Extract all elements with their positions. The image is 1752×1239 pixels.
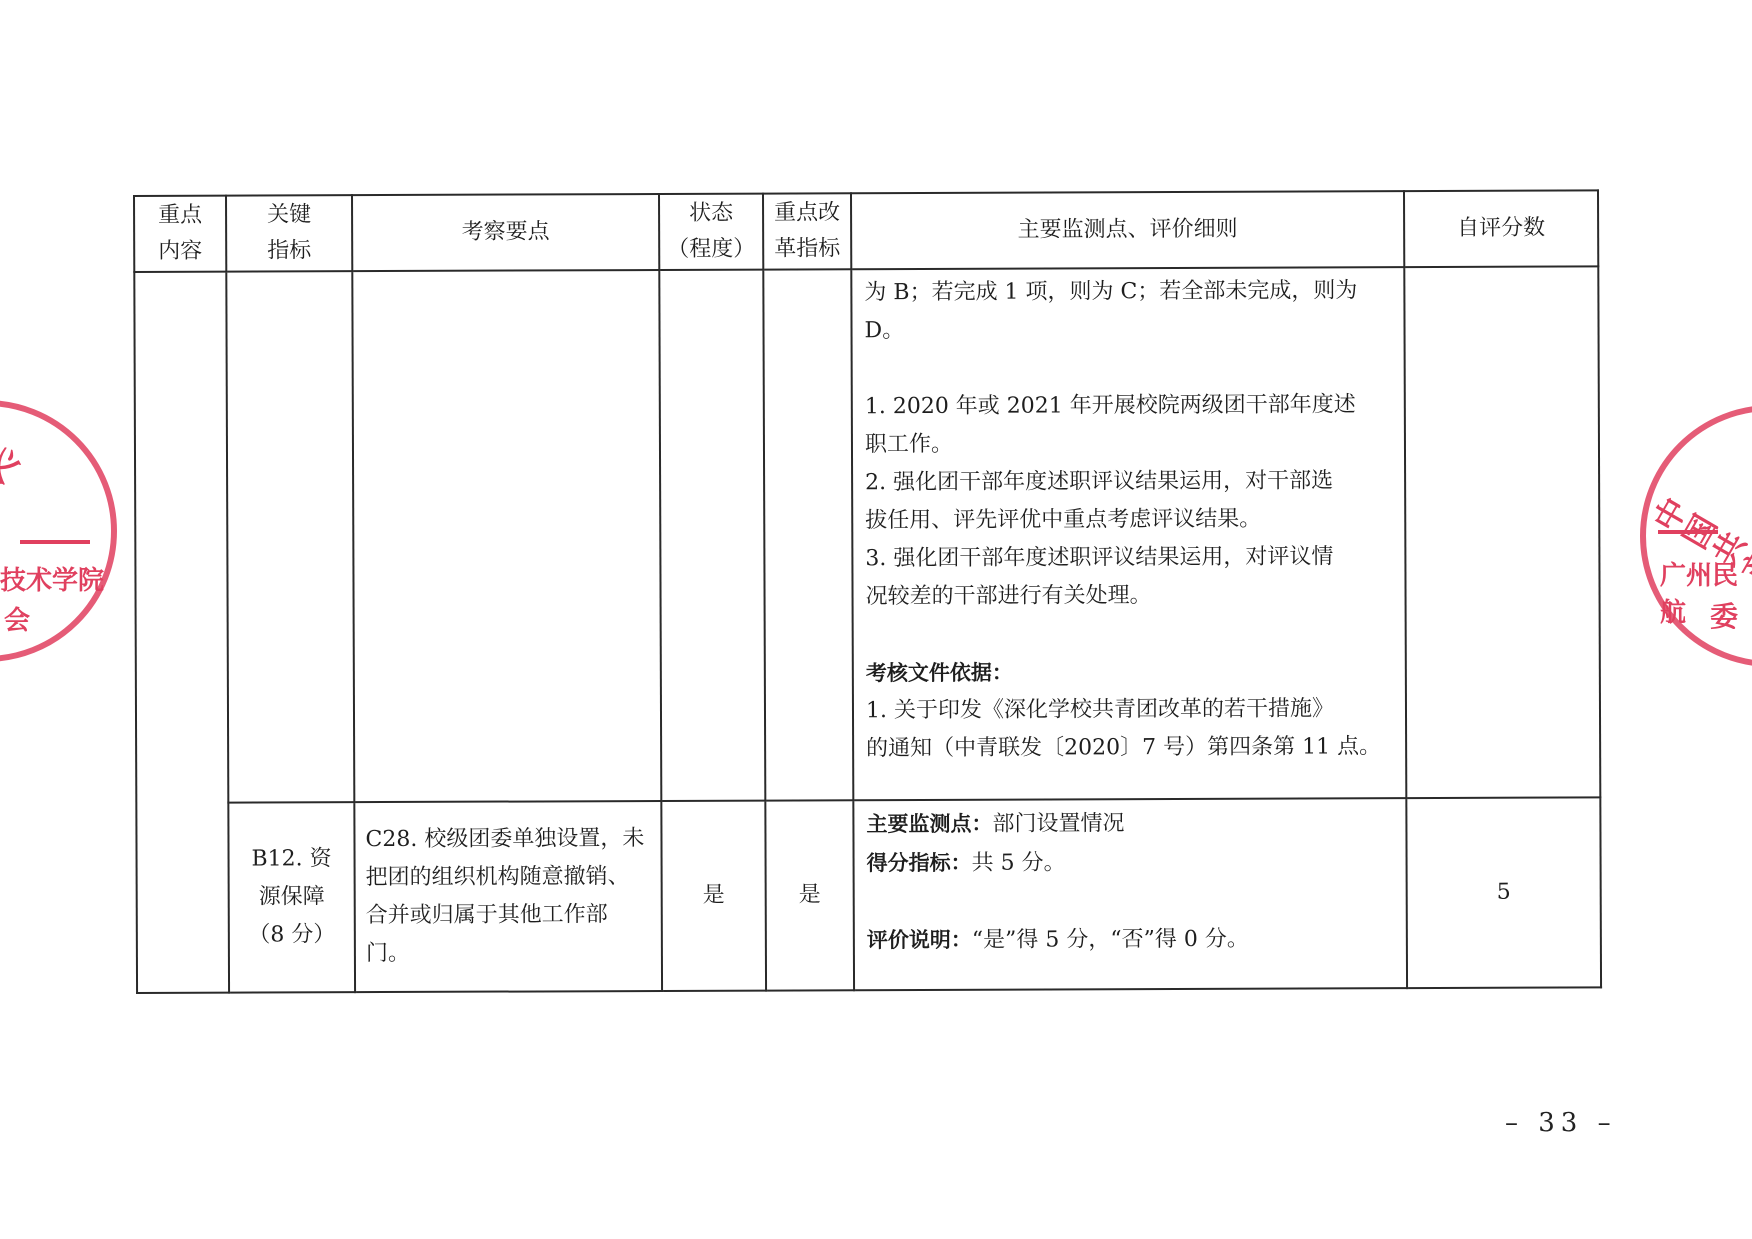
- basis-label: 考核文件依据：: [866, 652, 1395, 692]
- indicator-text: B12. 资: [229, 840, 353, 878]
- monitor-value: 部门设置情况: [992, 811, 1124, 837]
- cell-key-indicator: [226, 271, 354, 802]
- cell-self-score: [1404, 266, 1600, 798]
- header-text: 状态: [660, 196, 762, 232]
- score-value: 共 5 分。: [972, 850, 1066, 875]
- criteria-item: 1. 2020 年或 2021 年开展校院两级团干部年度述: [865, 386, 1394, 426]
- basis-item: 1. 关于印发《深化学校共青团改革的若干措施》: [866, 690, 1395, 730]
- header-text: 重点改: [764, 195, 850, 231]
- monitor-point: 主要监测点：部门设置情况: [866, 803, 1395, 844]
- explanation: 评价说明：“是”得 5 分，“否”得 0 分。: [867, 919, 1396, 960]
- criteria-item: 2. 强化团干部年度述职评议结果运用，对干部选: [865, 462, 1394, 502]
- explain-value: “是”得 5 分，“否”得 0 分。: [972, 927, 1249, 953]
- criteria-line: 为 B；若完成 1 项，则为 C；若全部未完成，则为: [864, 272, 1393, 312]
- table-row: 为 B；若完成 1 项，则为 C；若全部未完成，则为 D。 1. 2020 年或…: [134, 266, 1600, 803]
- header-key-content: 重点 内容: [134, 196, 226, 272]
- score-indicator: 得分指标：共 5 分。: [866, 842, 1395, 883]
- criteria-line: D。: [864, 310, 1393, 350]
- header-text: 革指标: [764, 231, 850, 267]
- page-number: – 33 –: [1505, 1108, 1617, 1138]
- header-key-indicator: 关键 指标: [226, 195, 352, 271]
- seal-divider-left: [20, 540, 90, 544]
- cell-status: [659, 270, 765, 801]
- header-inspection-point: 考察要点: [352, 194, 659, 271]
- cell-status: 是: [661, 801, 766, 991]
- table-header-row: 重点 内容 关键 指标 考察要点 状态 （程度） 重点改 革指标 主要监测点、评…: [134, 190, 1598, 272]
- score-label: 得分指标：: [867, 851, 972, 875]
- header-criteria: 主要监测点、评价细则: [851, 191, 1404, 269]
- header-text: 指标: [227, 233, 351, 269]
- cell-criteria: 为 B；若完成 1 项，则为 C；若全部未完成，则为 D。 1. 2020 年或…: [851, 267, 1406, 800]
- cell-key-indicator: B12. 资 源保障 （8 分）: [228, 802, 355, 992]
- cell-reform-indicator: [763, 269, 853, 800]
- criteria-item: 职工作。: [865, 424, 1394, 464]
- cell-self-score: 5: [1406, 797, 1601, 988]
- seal-lower-text-right: 广州民航: [1660, 555, 1752, 629]
- monitor-label: 主要监测点：: [866, 812, 992, 836]
- header-text: 内容: [135, 234, 225, 270]
- header-self-score: 自评分数: [1404, 190, 1598, 267]
- seal-divider-right: [1658, 530, 1718, 534]
- criteria-item: 况较差的干部进行有关处理。: [865, 576, 1394, 616]
- header-text: 关键: [227, 197, 351, 233]
- criteria-item: 3. 强化团干部年度述职评议结果运用，对评议情: [865, 538, 1394, 578]
- table-row: B12. 资 源保障 （8 分） C28. 校级团委单独设置，未把团的组织机构随…: [136, 797, 1601, 993]
- explain-label: 评价说明：: [867, 928, 972, 952]
- seal-lower-text-left: 技术学院: [0, 560, 104, 597]
- cell-reform-indicator: 是: [765, 800, 854, 990]
- cell-inspection-point: [352, 270, 661, 802]
- basis-item: 的通知（中青联发〔2020〕7 号）第四条第 11 点。: [866, 728, 1395, 768]
- cell-inspection-point: C28. 校级团委单独设置，未把团的组织机构随意撤销、合并或归属于其他工作部门。: [354, 801, 662, 992]
- document-page: 重点 内容 关键 指标 考察要点 状态 （程度） 重点改 革指标 主要监测点、评…: [0, 0, 1752, 1239]
- criteria-item: 拔任用、评先评优中重点考虑评议结果。: [865, 500, 1394, 540]
- indicator-text: 源保障: [230, 878, 354, 916]
- indicator-text: （8 分）: [230, 916, 354, 954]
- cell-criteria: 主要监测点：部门设置情况 得分指标：共 5 分。 评价说明：“是”得 5 分，“…: [853, 798, 1407, 990]
- seal-bottom-text-left: 会: [4, 600, 30, 637]
- header-text: （程度）: [660, 232, 762, 268]
- header-reform-indicator: 重点改 革指标: [763, 193, 851, 269]
- seal-bottom-text-right: 委: [1710, 595, 1738, 635]
- evaluation-table: 重点 内容 关键 指标 考察要点 状态 （程度） 重点改 革指标 主要监测点、评…: [133, 189, 1602, 994]
- cell-key-content: [134, 272, 229, 993]
- header-status: 状态 （程度）: [659, 194, 763, 270]
- header-text: 重点: [135, 198, 225, 234]
